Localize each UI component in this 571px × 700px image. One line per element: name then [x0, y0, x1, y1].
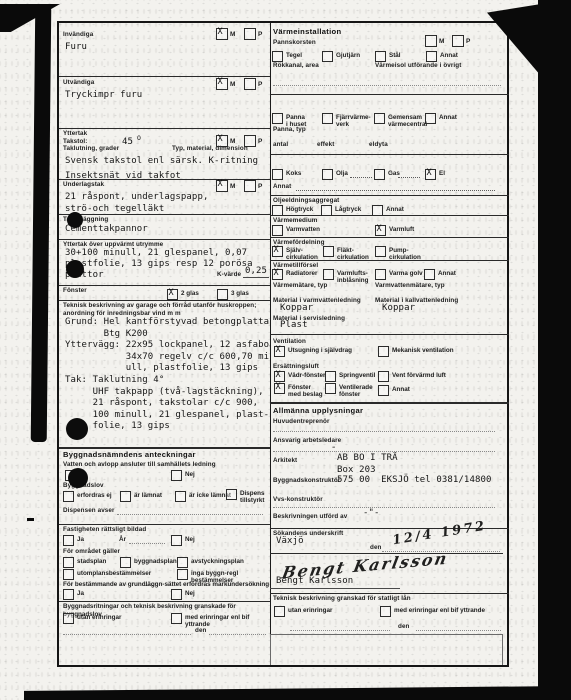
ink-blob [67, 212, 83, 228]
divider [59, 300, 270, 301]
checkbox: X [274, 346, 285, 357]
date-line [416, 630, 501, 631]
checkbox: X [216, 180, 228, 192]
utomplan-label: utomplansbestämmelser [77, 569, 151, 577]
date-line [63, 634, 191, 635]
annat-label: Annat [392, 385, 410, 393]
checkbox [378, 371, 389, 382]
varmvatten-label: Varmvatten [286, 225, 320, 233]
m-label: M [230, 183, 235, 190]
checkbox [375, 51, 386, 62]
arkitekt-label: Arkitekt [273, 457, 297, 465]
scan-edge-right [538, 0, 571, 700]
divider [59, 239, 270, 240]
checkbox [375, 269, 386, 280]
checkbox [177, 557, 188, 568]
fonster-beslag-label: Fönster med beslag [288, 383, 323, 398]
grund-nej-checkbox: Nej [171, 589, 195, 600]
divider [270, 195, 509, 196]
vent-forvarmd-label: Vent förvärmd luft [392, 371, 446, 379]
checkbox-mark: X [276, 345, 281, 355]
checkbox [380, 606, 391, 617]
divider [59, 285, 270, 286]
checkbox-mark: X [218, 179, 223, 189]
pannskorsten-label: Pannskorsten [273, 39, 316, 47]
allmanna-header: Allmänna upplysningar [273, 406, 363, 415]
material-varmvatten-value: Koppar [280, 303, 313, 315]
checkbox [171, 589, 182, 600]
annat-checkbox: Annat [424, 269, 456, 280]
ditto-mark: -"- [363, 508, 380, 520]
nej-label: Nej [185, 535, 195, 543]
annat-checkbox: Annat [425, 113, 457, 124]
pannskorsten-m-checkbox: M [425, 35, 444, 47]
checkbox [244, 78, 256, 90]
taklutning-label: Taklutning, grader [63, 145, 119, 153]
olja-line [350, 177, 372, 178]
koks-label: Koks [286, 169, 301, 177]
med-erinringar-checkbox: med erinringar enl bif yttrande [171, 613, 270, 628]
ar-lamnat-checkbox: är lämnat [120, 491, 162, 502]
gas-checkbox: Gas [374, 169, 400, 180]
fjarrvarme-checkbox: Fjärrvärme- verk [322, 113, 371, 128]
checkbox [378, 346, 389, 357]
checkbox [217, 289, 228, 300]
ar-icke-lamnat-checkbox: är icke lämnat [175, 491, 231, 502]
divider [59, 179, 270, 180]
ja-label: Ja [77, 589, 84, 597]
checkbox: X [216, 78, 228, 90]
divider [270, 215, 509, 216]
utomplan-checkbox: utomplansbestämmelser [63, 569, 151, 580]
mekanisk-checkbox: Mekanisk ventilation [378, 346, 454, 357]
erfordras-ej-label: erfordras ej [77, 491, 112, 499]
olja-checkbox: Olja [322, 169, 348, 180]
rokkanal-label: Rökkanal, area [273, 62, 319, 70]
vent-forvarmd-checkbox: Vent förvärmd luft [378, 371, 446, 382]
typ-material-label: Typ, material, dimension [172, 145, 248, 153]
checkbox [452, 35, 464, 47]
checkbox [244, 135, 256, 147]
underlagstak-p-checkbox: P [244, 180, 262, 192]
divider [270, 154, 509, 155]
checkbox-mark: X [377, 224, 382, 234]
blank-line [273, 431, 495, 432]
avstyckningsplan-checkbox: avstyckningsplan [177, 557, 244, 568]
garage-body: Grund: Hel kantförstyvad betongplatta Bt… [65, 317, 271, 433]
lagtryck-label: Lågtryck [335, 205, 361, 213]
varmluft-checkbox: X Varmluft [375, 225, 414, 236]
ink-blob [66, 260, 84, 278]
kvarde-underline [243, 277, 269, 278]
springventil-checkbox: Springventil [325, 371, 375, 382]
checkbox [63, 491, 74, 502]
fjarrvarme-label: Fjärrvärme- verk [336, 113, 371, 128]
divider [270, 94, 509, 95]
m-label: M [230, 81, 235, 88]
checkbox [120, 491, 131, 502]
stadsplan-label: stadsplan [77, 557, 106, 565]
form-left-column: Invändiga X M P Furu Utvändiga X M P Try… [59, 23, 271, 665]
checkbox [244, 180, 256, 192]
annat-checkbox: Annat [378, 385, 410, 396]
utsugning-checkbox: X Utsugning i självdrag [274, 346, 352, 357]
checkbox-mark: X [427, 168, 432, 178]
varmlufts-label: Varmlufts- inblåsning [337, 269, 369, 284]
ja-label: Ja [77, 535, 84, 543]
annat-label: Annat [386, 205, 404, 213]
oljeeldning-header: Oljeeldningsaggregat [273, 197, 339, 205]
divider [270, 593, 509, 594]
invandiga-value: Furu [65, 42, 87, 54]
ink-blob [66, 418, 88, 440]
varmlufts-checkbox: Varmlufts- inblåsning [323, 269, 369, 284]
ar-line [129, 543, 165, 544]
material-servis-value: Plast [280, 320, 308, 332]
yttertak-m-checkbox: X M [216, 135, 235, 147]
radiatorer-checkbox: X Radiatorer [272, 269, 318, 280]
gemensam-checkbox: Gemensam värmecentral [374, 113, 427, 128]
kvarde-value: 0,25 [245, 266, 267, 278]
checkbox-mark: X [276, 370, 281, 380]
statligt-header: Teknisk beskrivning granskad för statlig… [273, 595, 411, 603]
divider [59, 214, 270, 215]
checkbox: X [216, 28, 228, 40]
hogtryck-label: Högtryck [286, 205, 313, 213]
fastighet-ja-checkbox: Ja [63, 535, 84, 546]
divider [270, 237, 509, 238]
ventilerade-checkbox: Ventilerade fönster [325, 383, 373, 398]
nej-label: Nej [185, 589, 195, 597]
gas-label: Gas [388, 169, 400, 177]
byggnadsplan-checkbox: byggnadsplan [120, 557, 177, 568]
stal-checkbox: Stål [375, 51, 401, 62]
utvandiga-value: Tryckimpr furu [65, 90, 142, 102]
utsugning-label: Utsugning i självdrag [288, 346, 352, 354]
checkbox [323, 246, 334, 257]
varmvatten-checkbox: Varmvatten [272, 225, 320, 236]
material-kallvatten-value: Koppar [382, 303, 415, 315]
tegel-label: Tegel [286, 51, 302, 59]
checkbox [425, 113, 436, 124]
divider [59, 128, 270, 129]
checkbox [177, 569, 188, 580]
checkbox [374, 169, 385, 180]
garage-header: Teknisk beskrivning av garage och förråd… [63, 302, 256, 317]
checkbox: X [272, 269, 283, 280]
checkbox-mark: X [218, 134, 223, 144]
invandiga-label: Invändiga [63, 31, 93, 39]
checkbox [322, 51, 333, 62]
varmemedium-label: Värmemedium [273, 217, 318, 225]
invandiga-p-checkbox: P [244, 28, 262, 40]
underlagstak-value: 21 råspont, underlagspapp, strö-och tege… [65, 192, 208, 215]
checkbox [226, 489, 237, 500]
annat-label: Annat [273, 183, 291, 191]
yttertak-p-checkbox: P [244, 135, 262, 147]
checkbox [272, 51, 283, 62]
checkbox-mark: X [274, 245, 279, 255]
fastighet-label: Fastigheten rättsligt bildad [63, 526, 146, 534]
yttertak-label: Yttertak [63, 130, 87, 138]
glas2-label: 2 glas [181, 289, 199, 297]
ventilerade-label: Ventilerade fönster [339, 383, 373, 398]
byggnadskonstruktor-label: Byggnadskonstruktör [273, 477, 340, 485]
divider [59, 601, 270, 602]
checkbox-mark: X [218, 27, 223, 37]
checkbox [272, 225, 283, 236]
m-label: M [230, 31, 235, 38]
fonster-beslag-checkbox: X Fönster med beslag [274, 383, 323, 398]
checkbox [63, 535, 74, 546]
byggnadsplan-label: byggnadsplan [134, 557, 177, 565]
p-label: P [258, 31, 262, 38]
checkbox [425, 35, 437, 47]
grund-ja-checkbox: Ja [63, 589, 84, 600]
checkbox [322, 113, 333, 124]
gas-line [398, 177, 420, 178]
ansvarig-label: Ansvarig arbetsledare [273, 437, 341, 445]
vatten-avlopp-label: Vatten och avlopp ansluter till samhälle… [63, 461, 216, 469]
utvandiga-m-checkbox: X M [216, 78, 235, 90]
checkbox [63, 589, 74, 600]
checkbox: X [216, 135, 228, 147]
invandiga-m-checkbox: X M [216, 28, 235, 40]
divider [59, 76, 270, 77]
med-erinringar-label: med erinringar enl bif yttrande [394, 606, 485, 614]
date-line [209, 634, 266, 635]
m-label: M [439, 38, 444, 45]
varmematare-label: Värmemätare, typ [273, 282, 327, 290]
form-right-column: Värmeinstallation Pannskorsten M P Tegel… [270, 23, 509, 665]
varma-golv-checkbox: Varma golv [375, 269, 423, 280]
annat-checkbox: Annat [426, 51, 458, 62]
glas3-label: 3 glas [231, 289, 249, 297]
blank-line [273, 507, 495, 508]
section-divider [270, 402, 509, 404]
varmeinstallation-header: Värmeinstallation [273, 27, 341, 36]
p-label: P [466, 38, 470, 45]
degree-mark: O [137, 133, 141, 145]
glas3-checkbox: 3 glas [217, 289, 249, 300]
p-label: P [258, 81, 262, 88]
checkbox: X [274, 383, 285, 394]
blank-line [273, 451, 495, 452]
taklutning-value: 45 [122, 137, 133, 149]
gjutjarn-label: Gjutjärn [336, 51, 360, 59]
fastighet-nej-checkbox: Nej [171, 535, 195, 546]
checkbox: X [272, 246, 283, 257]
checkbox-mark: X [218, 77, 223, 87]
annat-label: Annat [439, 113, 457, 121]
checkbox [325, 371, 336, 382]
underlagstak-m-checkbox: X M [216, 180, 235, 192]
vvs-konstruktor-label: Vvs-konstruktör [273, 496, 323, 504]
divider [270, 334, 509, 335]
date-line [290, 630, 390, 631]
stadsplan-checkbox: stadsplan [63, 557, 106, 568]
stal-label: Stål [389, 51, 401, 59]
checkbox [244, 28, 256, 40]
checkbox-mark: X [169, 288, 174, 298]
varmluft-label: Varmluft [389, 225, 414, 233]
annat-label: Annat [440, 51, 458, 59]
divider [270, 260, 509, 261]
scan-edge-left-tick [27, 518, 34, 521]
utvandiga-label: Utvändiga [63, 79, 94, 87]
utvandiga-p-checkbox: P [244, 78, 262, 90]
ar-lamnat-label: är lämnat [134, 491, 162, 499]
kvarde-label: K-värde [217, 271, 241, 279]
dispens-label: Dispens tillstyrkt [240, 489, 265, 504]
varma-golv-label: Varma golv [389, 269, 423, 277]
pannskorsten-p-checkbox: P [452, 35, 470, 47]
omradet-label: För området gäller [63, 548, 120, 556]
effekt-label: effekt [317, 141, 334, 149]
radiatorer-label: Radiatorer [286, 269, 318, 277]
checkbox [378, 385, 389, 396]
checkbox [120, 557, 131, 568]
olja-label: Olja [336, 169, 348, 177]
fonster-label: Fönster [63, 287, 87, 295]
utan-erinringar-label: utan erinringar [77, 613, 121, 621]
checkbox-mark: X [274, 268, 279, 278]
utan-erinringar-label: utan erinringar [288, 606, 332, 614]
checkbox [63, 557, 74, 568]
checkbox [175, 491, 186, 502]
scanned-form-page: Invändiga X M P Furu Utvändiga X M P Try… [0, 0, 571, 700]
koks-checkbox: Koks [272, 169, 301, 180]
checkbox [323, 269, 334, 280]
checkbox: X [274, 371, 285, 382]
checkbox: X [375, 225, 386, 236]
ink-blob [68, 468, 88, 488]
vadr-fonster-checkbox: X Vädr-fönster [274, 371, 325, 382]
utan-erinringar-checkbox: utan erinringar [63, 613, 121, 624]
checkbox [171, 470, 182, 481]
statligt-utan-checkbox: utan erinringar [274, 606, 332, 617]
ar-icke-lamnat-label: är icke lämnat [189, 491, 231, 499]
checkbox [322, 169, 333, 180]
divider [59, 524, 270, 525]
antal-label: antal [273, 141, 288, 149]
checkbox [63, 613, 74, 624]
gemensam-label: Gemensam värmecentral [388, 113, 427, 128]
checkbox [424, 269, 435, 280]
dispens-checkbox: Dispens tillstyrkt [226, 489, 265, 504]
glas2-checkbox: X 2 glas [167, 289, 199, 300]
den-label: den [398, 623, 410, 631]
gjutjarn-checkbox: Gjutjärn [322, 51, 360, 62]
handwritten-date: 12/4 1972 [391, 519, 487, 549]
adress-value: 575 00 EKSJÖ tel 0381/14800 [337, 475, 492, 487]
byggnadsnamnden-header: Byggnadsnämndens anteckningar [63, 450, 196, 459]
panna-typ-label: Panna, typ [273, 126, 306, 134]
vadr-fonster-label: Vädr-fönster [288, 371, 325, 379]
handwritten-dashes: - - [145, 581, 154, 591]
checkbox [325, 383, 336, 394]
section-divider [59, 447, 270, 449]
dispensen-line [117, 514, 263, 515]
avstyckningsplan-label: avstyckningsplan [191, 557, 244, 565]
varmeisol-label: Värmeisol utförande i övrigt [375, 62, 461, 70]
empty-cell-box [270, 634, 503, 665]
mekanisk-label: Mekanisk ventilation [392, 346, 454, 354]
checkbox [272, 169, 283, 180]
arkitekt-value: AB BO I TRÄ Box 203 [337, 453, 398, 476]
eldyta-label: eldyta [369, 141, 388, 149]
springventil-label: Springventil [339, 371, 375, 379]
checkbox [375, 246, 386, 257]
checkbox [171, 535, 182, 546]
ort-value: Växjö [276, 536, 304, 548]
el-label: El [439, 169, 445, 177]
underlagstak-label: Underlagstak [63, 181, 104, 189]
checkbox: X [425, 169, 436, 180]
checkbox [272, 113, 283, 124]
checkbox [374, 113, 385, 124]
checkbox [63, 569, 74, 580]
checkbox [274, 606, 285, 617]
nej-label: Nej [185, 470, 195, 478]
ar-label: År [119, 536, 126, 544]
beskrivningen-label: Beskrivningen utförd av [273, 513, 347, 521]
signature-typed-name: Bengt Karlsson [276, 576, 353, 588]
blank-line [273, 85, 501, 86]
annat-label: Annat [438, 269, 456, 277]
checkbox [171, 613, 182, 624]
vatten-nej-checkbox: Nej [171, 470, 195, 481]
statligt-med-checkbox: med erinringar enl bif yttrande [380, 606, 485, 617]
grundlaggning-label: För bestämmande av grundläggn-sättet erf… [63, 581, 269, 589]
checkbox-mark: X [276, 382, 281, 392]
signature-line [270, 588, 400, 589]
annat-line [296, 190, 495, 191]
p-label: P [258, 138, 262, 145]
form-frame: Invändiga X M P Furu Utvändiga X M P Try… [57, 21, 509, 667]
m-label: M [230, 138, 235, 145]
p-label: P [258, 183, 262, 190]
huvudentreprenor-label: Huvudentreprenör [273, 418, 330, 426]
el-checkbox: X El [425, 169, 445, 180]
checkbox: X [167, 289, 178, 300]
erfordras-ej-checkbox: erfordras ej [63, 491, 112, 502]
tegel-checkbox: Tegel [272, 51, 302, 62]
varmvattenmatare-label: Varmvattenmätare, typ [375, 282, 445, 290]
checkbox [426, 51, 437, 62]
den-label: den [370, 544, 382, 552]
dispensen-avser-label: Dispensen avser [63, 507, 115, 515]
den-label: den [195, 627, 207, 635]
